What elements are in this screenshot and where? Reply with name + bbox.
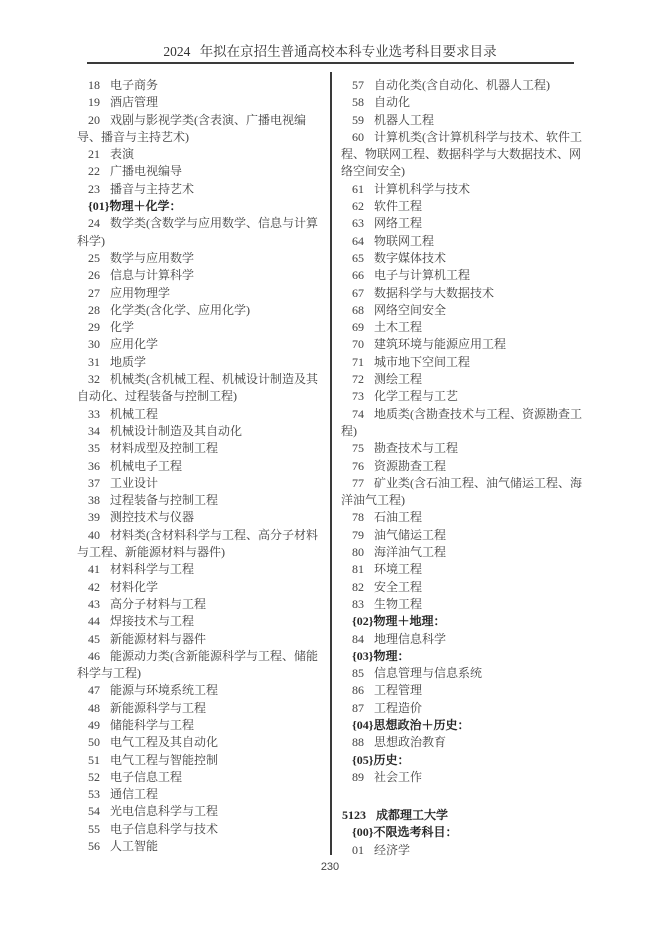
- major-item: 23 播音与主持艺术: [77, 181, 323, 198]
- major-item: 55 电子信息科学与技术: [77, 821, 323, 838]
- right-column: 57 自动化类(含自动化、机器人工程)58 自动化59 机器人工程60 计算机类…: [341, 77, 587, 859]
- subject-group-header: {05}历史：: [341, 752, 587, 769]
- major-item: 65 数字媒体技术: [341, 250, 587, 267]
- major-item: 20 戏剧与影视学类(含表演、广播电视编导、播音与主持艺术): [77, 112, 323, 147]
- major-item: 37 工业设计: [77, 475, 323, 492]
- subject-group-header: {02}物理＋地理：: [341, 613, 587, 630]
- major-item: 39 测控技术与仪器: [77, 509, 323, 526]
- subject-group-header: {04}思想政治＋历史：: [341, 717, 587, 734]
- major-item: 72 测绘工程: [341, 371, 587, 388]
- major-item: 79 油气储运工程: [341, 527, 587, 544]
- page-title: 2024 年拟在京招生普通高校本科专业选考科目要求目录: [0, 40, 660, 60]
- major-item: 57 自动化类(含自动化、机器人工程): [341, 77, 587, 94]
- major-item: 44 焊接技术与工程: [77, 613, 323, 630]
- major-item: 71 城市地下空间工程: [341, 354, 587, 371]
- major-item: 38 过程装备与控制工程: [77, 492, 323, 509]
- major-item: 62 软件工程: [341, 198, 587, 215]
- major-item: 45 新能源材料与器件: [77, 631, 323, 648]
- header-rule: [87, 62, 574, 64]
- subject-group-header: {03}物理：: [341, 648, 587, 665]
- major-item: 30 应用化学: [77, 336, 323, 353]
- major-item: 89 社会工作: [341, 769, 587, 786]
- major-item: 67 数据科学与大数据技术: [341, 285, 587, 302]
- major-item: 52 电子信息工程: [77, 769, 323, 786]
- major-item: 50 电气工程及其自动化: [77, 734, 323, 751]
- major-item: 42 材料化学: [77, 579, 323, 596]
- major-item: 36 机械电子工程: [77, 458, 323, 475]
- major-item: 18 电子商务: [77, 77, 323, 94]
- major-item: 82 安全工程: [341, 579, 587, 596]
- major-item: 31 地质学: [77, 354, 323, 371]
- major-item: 85 信息管理与信息系统: [341, 665, 587, 682]
- major-item: 80 海洋油气工程: [341, 544, 587, 561]
- major-item: 58 自动化: [341, 94, 587, 111]
- major-item: 21 表演: [77, 146, 323, 163]
- major-item: 27 应用物理学: [77, 285, 323, 302]
- major-item: 35 材料成型及控制工程: [77, 440, 323, 457]
- major-item: 68 网络空间安全: [341, 302, 587, 319]
- major-item: 61 计算机科学与技术: [341, 181, 587, 198]
- major-item: 60 计算机类(含计算机科学与技术、软件工程、物联网工程、数据科学与大数据技术、…: [341, 129, 587, 181]
- major-item: 32 机械类(含机械工程、机械设计制造及其自动化、过程装备与控制工程): [77, 371, 323, 406]
- major-item: 87 工程造价: [341, 700, 587, 717]
- major-item: 76 资源勘查工程: [341, 458, 587, 475]
- major-item: 81 环境工程: [341, 561, 587, 578]
- major-item: 34 机械设计制造及其自动化: [77, 423, 323, 440]
- major-item: 78 石油工程: [341, 509, 587, 526]
- subject-group-header: {01}物理＋化学：: [77, 198, 323, 215]
- major-item: 01 经济学: [341, 842, 587, 859]
- major-item: 46 能源动力类(含新能源科学与工程、储能科学与工程): [77, 648, 323, 683]
- major-item: 84 地理信息科学: [341, 631, 587, 648]
- page-footer: 230: [0, 861, 660, 873]
- major-item: 63 网络工程: [341, 215, 587, 232]
- column-divider: [330, 72, 332, 855]
- major-item: 54 光电信息科学与工程: [77, 803, 323, 820]
- major-item: 53 通信工程: [77, 786, 323, 803]
- major-item: 69 土木工程: [341, 319, 587, 336]
- major-item: 22 广播电视编导: [77, 163, 323, 180]
- major-item: 59 机器人工程: [341, 112, 587, 129]
- major-item: 48 新能源科学与工程: [77, 700, 323, 717]
- university-header: 5123 成都理工大学: [341, 807, 587, 824]
- major-item: 75 勘查技术与工程: [341, 440, 587, 457]
- major-item: 40 材料类(含材料科学与工程、高分子材料与工程、新能源材料与器件): [77, 527, 323, 562]
- major-item: 83 生物工程: [341, 596, 587, 613]
- major-item: 33 机械工程: [77, 406, 323, 423]
- major-item: 24 数学类(含数学与应用数学、信息与计算科学): [77, 215, 323, 250]
- major-item: 56 人工智能: [77, 838, 323, 855]
- major-item: 73 化学工程与工艺: [341, 388, 587, 405]
- major-item: 49 储能科学与工程: [77, 717, 323, 734]
- subject-group-header: {00}不限选考科目：: [341, 824, 587, 841]
- major-item: 47 能源与环境系统工程: [77, 682, 323, 699]
- major-item: 26 信息与计算科学: [77, 267, 323, 284]
- major-item: 77 矿业类(含石油工程、油气储运工程、海洋油气工程): [341, 475, 587, 510]
- major-item: 28 化学类(含化学、应用化学): [77, 302, 323, 319]
- major-item: 29 化学: [77, 319, 323, 336]
- major-item: 41 材料科学与工程: [77, 561, 323, 578]
- document-page: 2024 年拟在京招生普通高校本科专业选考科目要求目录 18 电子商务19 酒店…: [0, 0, 660, 933]
- major-item: 51 电气工程与智能控制: [77, 752, 323, 769]
- major-item: 25 数学与应用数学: [77, 250, 323, 267]
- page-number: 230: [321, 861, 339, 873]
- major-item: 19 酒店管理: [77, 94, 323, 111]
- major-item: 66 电子与计算机工程: [341, 267, 587, 284]
- left-column: 18 电子商务19 酒店管理20 戏剧与影视学类(含表演、广播电视编导、播音与主…: [77, 77, 323, 855]
- major-item: 70 建筑环境与能源应用工程: [341, 336, 587, 353]
- major-item: 64 物联网工程: [341, 233, 587, 250]
- major-item: 86 工程管理: [341, 682, 587, 699]
- major-item: 74 地质类(含勘查技术与工程、资源勘查工程): [341, 406, 587, 441]
- major-item: 88 思想政治教育: [341, 734, 587, 751]
- major-item: 43 高分子材料与工程: [77, 596, 323, 613]
